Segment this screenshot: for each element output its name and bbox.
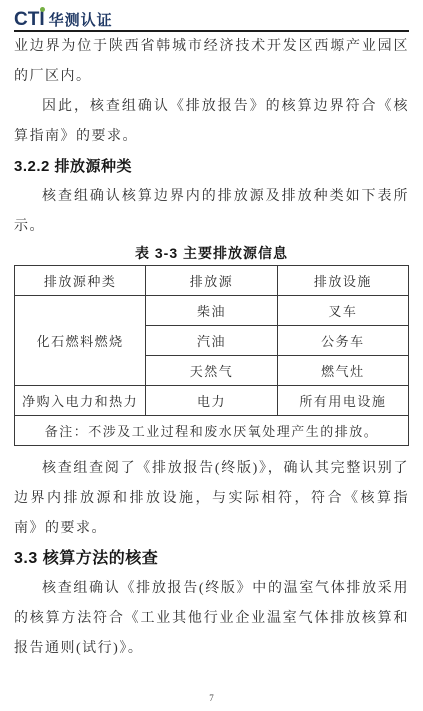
cti-logo-chinese-text: 华测认证 <box>49 11 113 30</box>
cell-category-fossil-fuel: 化石燃料燃烧 <box>15 296 146 386</box>
cell-facility-forklift: 叉车 <box>277 296 408 326</box>
cell-source-electricity: 电力 <box>146 386 277 416</box>
table-header-row: 排放源种类 排放源 排放设施 <box>15 266 409 296</box>
paragraph-boundary-conclusion: 因此，核查组确认《排放报告》的核算边界符合《核算指南》的要求。 <box>14 92 409 152</box>
table-note-cell: 备注：不涉及工业过程和废水厌氧处理产生的排放。 <box>15 416 409 446</box>
section-heading-3-2-2: 3.2.2 排放源种类 <box>14 152 409 182</box>
cti-logo-text: CTI <box>14 9 45 30</box>
table-note-row: 备注：不涉及工业过程和废水厌氧处理产生的排放。 <box>15 416 409 446</box>
table-header-facility: 排放设施 <box>277 266 408 296</box>
cell-category-purchased-electricity: 净购入电力和热力 <box>15 386 146 416</box>
table-row: 净购入电力和热力 电力 所有用电设施 <box>15 386 409 416</box>
paragraph-report-review: 核查组查阅了《排放报告(终版)》，确认其完整识别了边界内排放源和排放设施，与实际… <box>14 454 409 544</box>
cell-facility-company-car: 公务车 <box>277 326 408 356</box>
paragraph-emission-sources-intro: 核查组确认核算边界内的排放源及排放种类如下表所示。 <box>14 182 409 242</box>
paragraph-methodology: 核查组确认《排放报告(终版》中的温室气体排放采用的核算方法符合《工业其他行业企业… <box>14 574 409 664</box>
cti-logo-green-dot-icon <box>40 7 45 12</box>
emission-source-table: 排放源种类 排放源 排放设施 化石燃料燃烧 柴油 叉车 汽油 公务车 天然气 燃… <box>14 265 409 446</box>
cell-source-gasoline: 汽油 <box>146 326 277 356</box>
table-caption: 表 3-3 主要排放源信息 <box>14 242 409 265</box>
page-number: 7 <box>0 693 423 703</box>
section-heading-3-3: 3.3 核算方法的核查 <box>14 544 409 574</box>
cell-source-diesel: 柴油 <box>146 296 277 326</box>
table-header-source: 排放源 <box>146 266 277 296</box>
page-header: CTI 华测认证 <box>14 0 409 32</box>
paragraph-boundary-continuation: 业边界为位于陕西省韩城市经济技术开发区西塬产业园区的厂区内。 <box>14 32 409 92</box>
cti-logo: CTI <box>14 10 45 30</box>
table-row: 化石燃料燃烧 柴油 叉车 <box>15 296 409 326</box>
document-page: CTI 华测认证 业边界为位于陕西省韩城市经济技术开发区西塬产业园区的厂区内。 … <box>0 0 423 711</box>
cell-source-natural-gas: 天然气 <box>146 356 277 386</box>
table-header-source-category: 排放源种类 <box>15 266 146 296</box>
cell-facility-gas-stove: 燃气灶 <box>277 356 408 386</box>
cell-facility-electric-facilities: 所有用电设施 <box>277 386 408 416</box>
